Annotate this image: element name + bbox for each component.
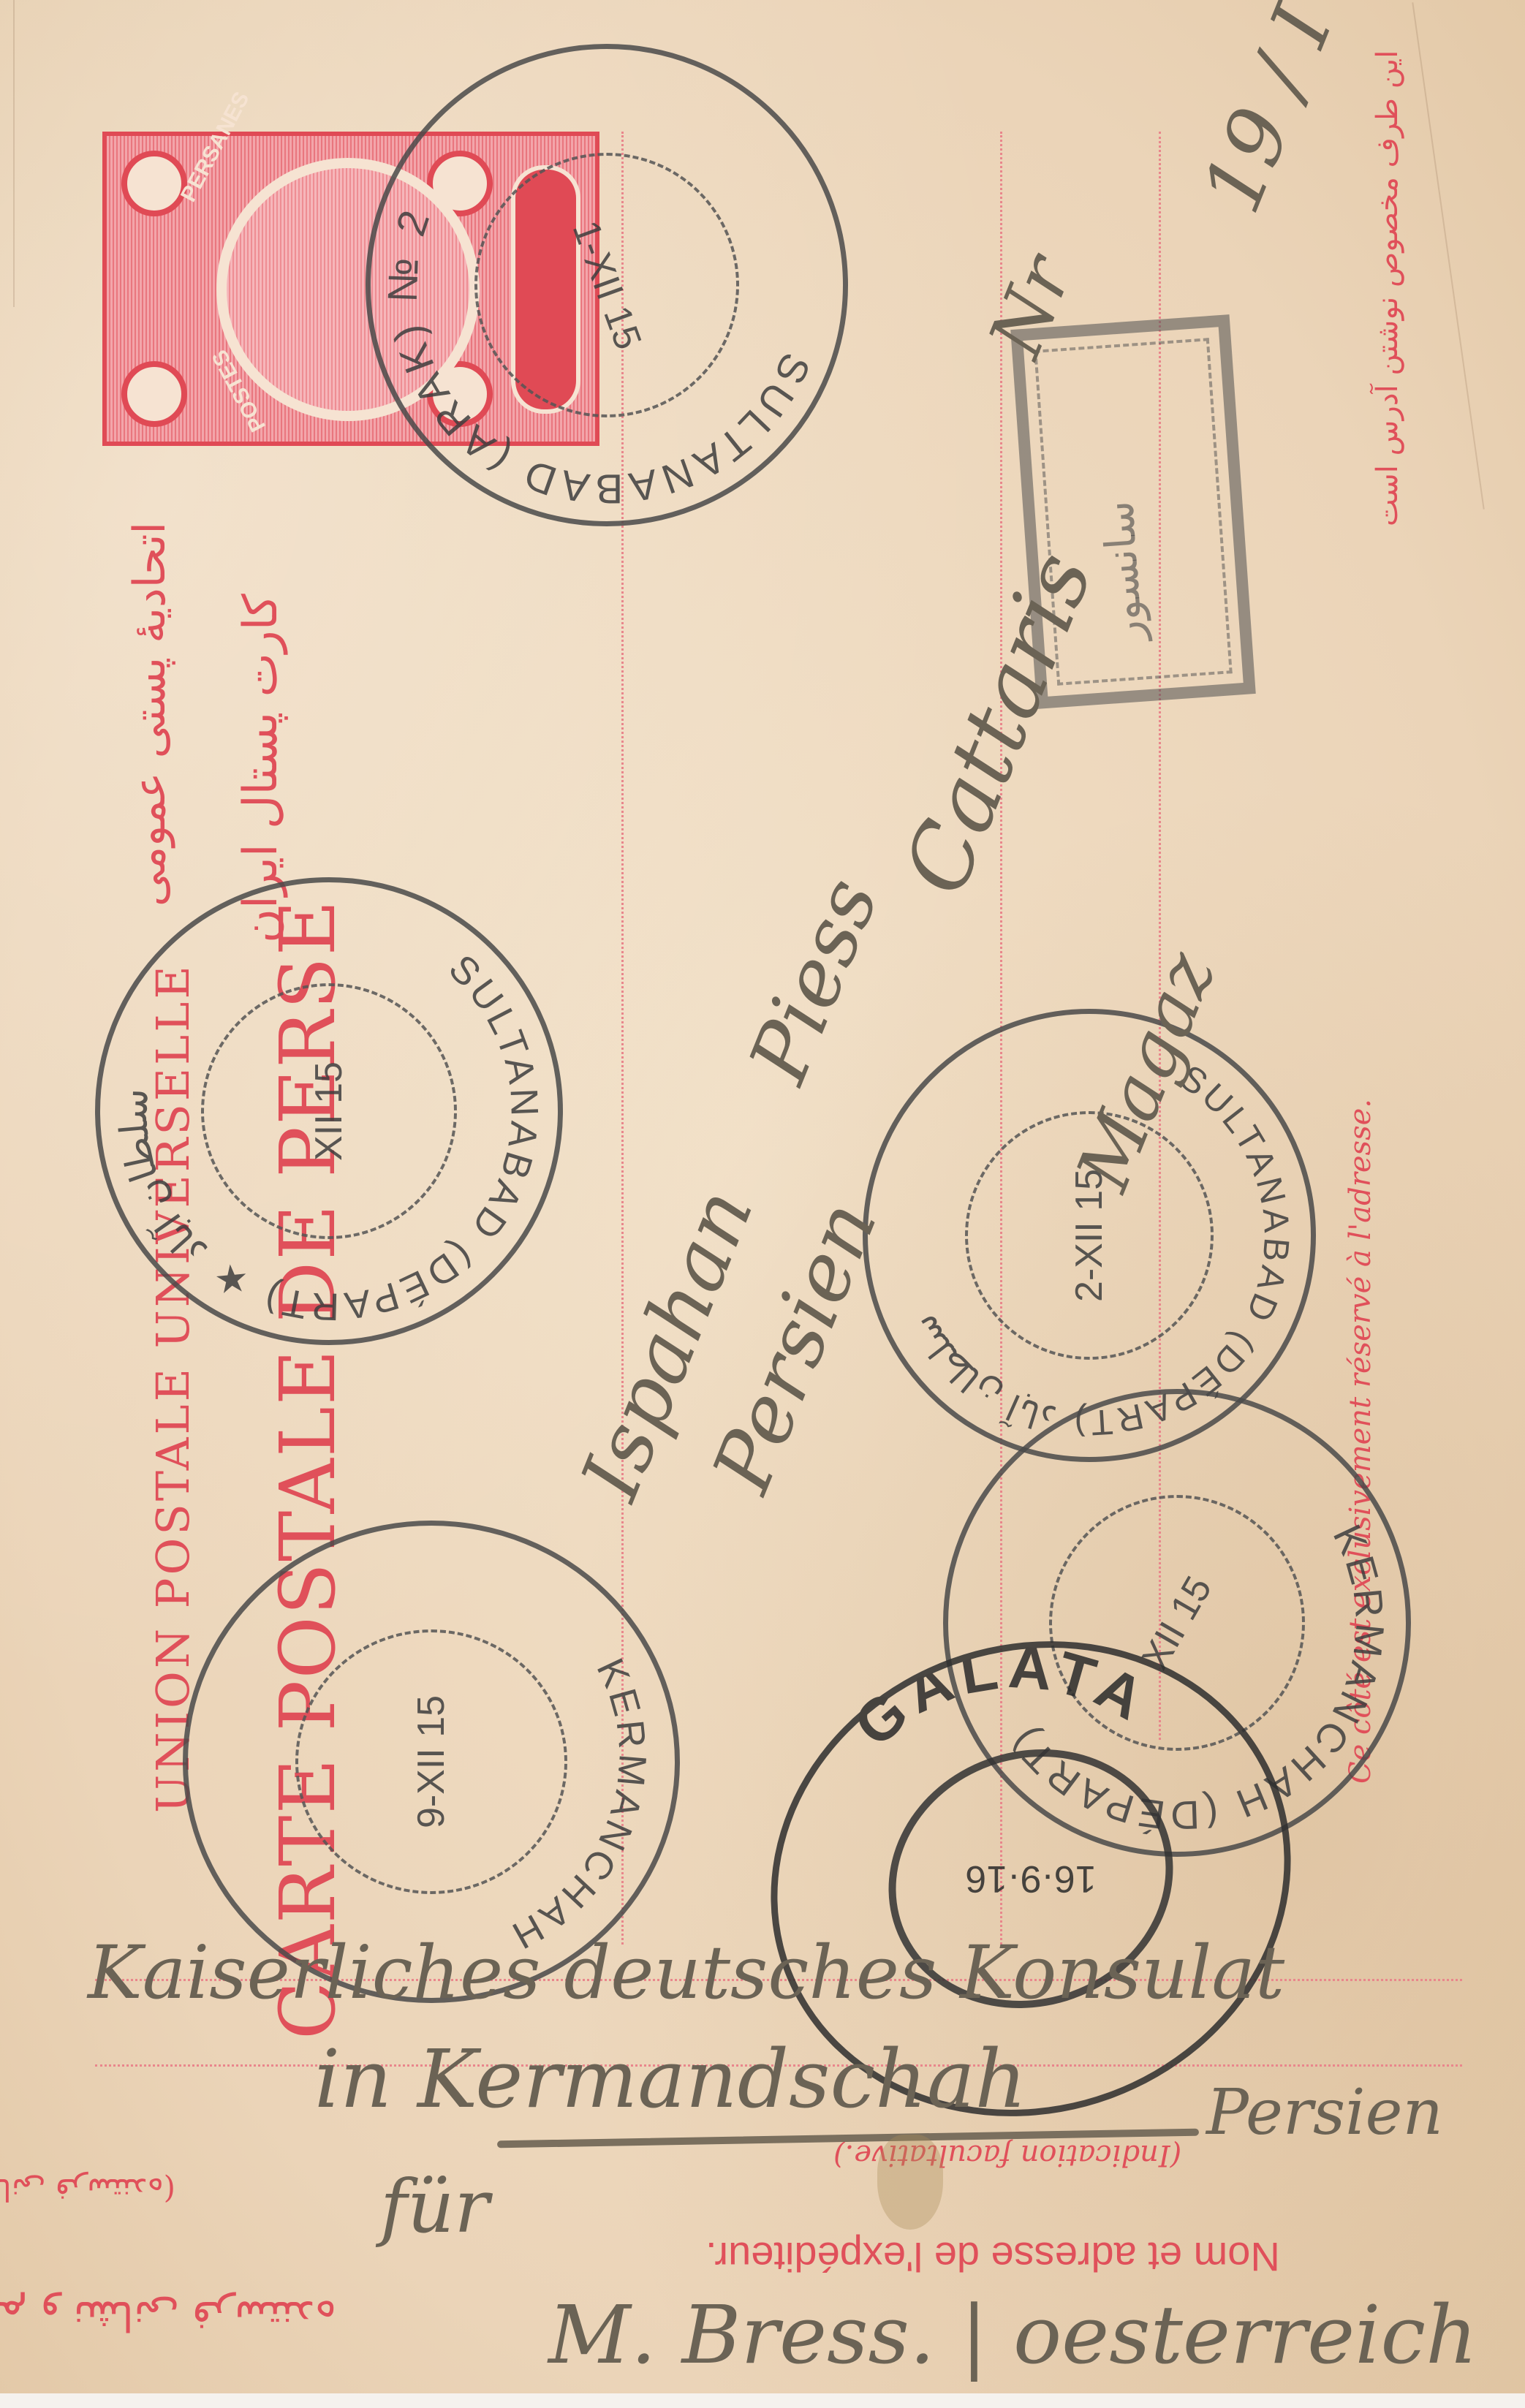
address-line-3: Persien (1206, 2076, 1443, 2149)
postmark-date: 9-XII 15 (409, 1695, 453, 1828)
postmark-sultanabad-arak: SULTANABAD (ARAK) № 2 1-XII 15 (366, 44, 848, 526)
handwriting-line: Cattaris (885, 539, 1113, 908)
sender-line-2: M. Bress. | oesterreich (548, 2288, 1477, 2382)
ink-stain (877, 2135, 943, 2230)
postmark-date: 2-XII 15 (1067, 1169, 1111, 1302)
postcard: PERSANES POSTES UNION POSTALE UNIVERSELL… (0, 0, 1525, 2408)
address-line-1: Kaiserliches deutsches Konsulat (88, 1930, 1284, 2015)
sender-line-1: für (380, 2164, 489, 2249)
sender-label: Nom et adresse de l'expéditeur. (705, 2233, 1280, 2281)
handwriting-line: 19 / I (1184, 0, 1350, 225)
paper-crease (13, 0, 15, 307)
persian-heading-1: اتحادیهٔ پستی عمومی (124, 522, 175, 906)
paper-crease (1412, 2, 1484, 509)
postmark-sultanabad-depart-left: SULTANABAD (DÉPART) ★ سلطان آباد XII 15 (95, 877, 563, 1345)
persian-sender-note: (اسم و نشانی فرستنده) (0, 2172, 175, 2208)
postmark-date: 16·9·16 (965, 1857, 1096, 1901)
value-corner-icon (121, 151, 187, 216)
address-line-2: in Kermandschah (314, 2032, 1026, 2126)
cachet-text: سانسور (1093, 499, 1152, 643)
postmark-date: XII 15 (307, 1061, 351, 1161)
persian-sender-label: اسم و نشانی فرستنده (0, 2292, 336, 2339)
value-corner-icon (121, 361, 187, 427)
stamp-label-persanes: PERSANES (176, 88, 255, 206)
svg-text:KERMANCHAH: KERMANCHAH (415, 1649, 675, 1959)
persian-side-note: این طرف مخصوص نوشتن آدرس است (1371, 50, 1404, 526)
scan-edge (0, 2393, 1525, 2408)
